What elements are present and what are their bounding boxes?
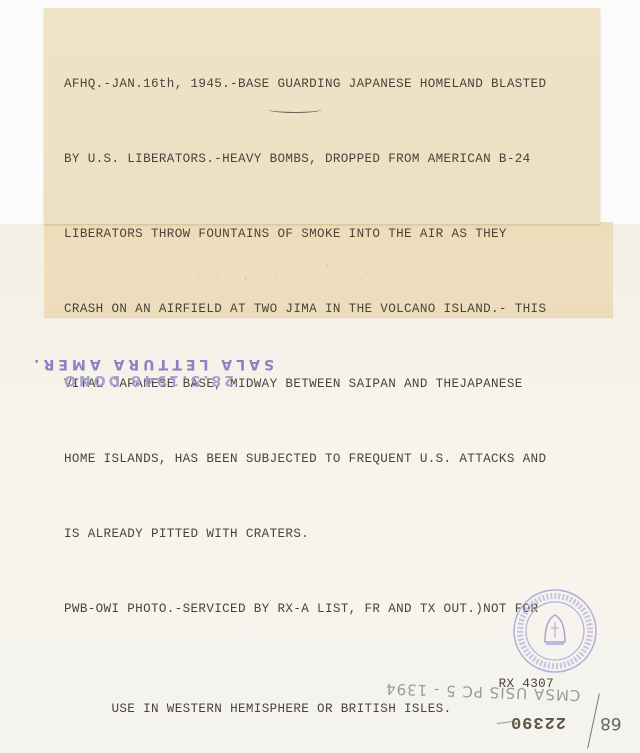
handwritten-underline (268, 106, 322, 113)
caption-line: USE IN WESTERN HEMISPHERE OR BRITISH ISL… (111, 702, 451, 716)
caption-line: AFHQ.-JAN.16th, 1945.-BASE GUARDING JAPA… (64, 72, 590, 97)
page-mark: 68 (600, 713, 622, 733)
library-stamp: 28.5.1948 DONO SALA LETTURA AMER. (30, 356, 274, 398)
bell-shield-emblem-icon (512, 588, 598, 674)
caption-line: LIBERATORS THROW FOUNTAINS OF SMOKE INTO… (64, 222, 590, 247)
inventory-number: 22390 (510, 712, 566, 731)
library-stamp-name: SALA LETTURA AMER. (30, 356, 274, 372)
typed-caption-slip: AFHQ.-JAN.16th, 1945.-BASE GUARDING JAPA… (44, 8, 600, 224)
caption-line: CRASH ON AN AIRFIELD AT TWO JIMA IN THE … (64, 297, 590, 322)
library-stamp-date: 28.5.1948 DONO (30, 372, 274, 388)
caption-line: BY U.S. LIBERATORS.-HEAVY BOMBS, DROPPED… (64, 147, 590, 172)
caption-line: HOME ISLANDS, HAS BEEN SUBJECTED TO FREQ… (64, 447, 590, 472)
round-seal-stamp (512, 588, 598, 674)
caption-line: IS ALREADY PITTED WITH CRATERS. (64, 522, 590, 547)
